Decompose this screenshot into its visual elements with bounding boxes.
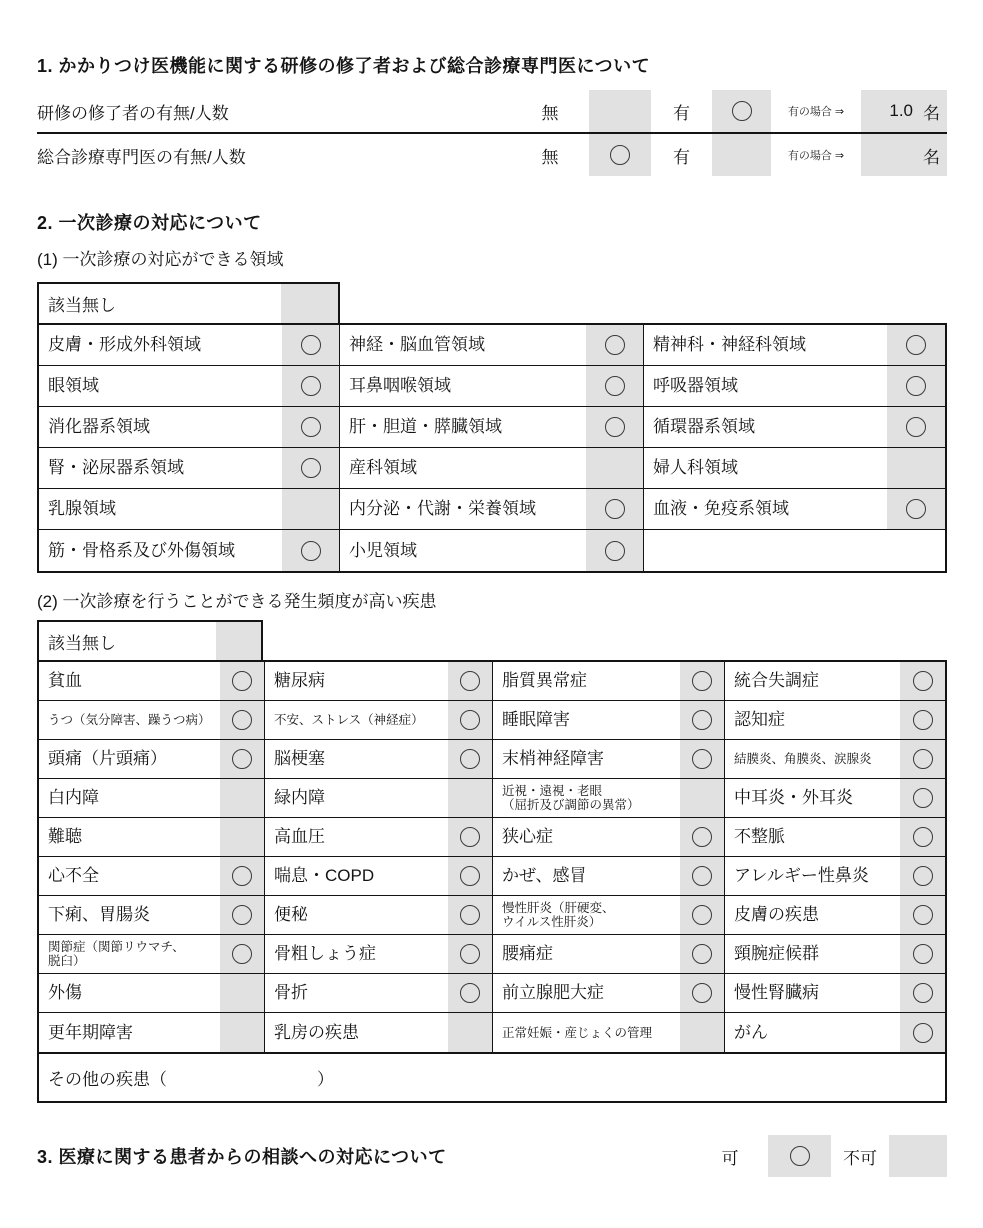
unit-label: 名 (923, 99, 940, 124)
circle-mark-icon (460, 905, 480, 925)
disease-label: 結膜炎、角膜炎、涙腺炎 (725, 740, 900, 779)
circle-mark-icon (906, 417, 926, 437)
disease-label: 貧血 (39, 662, 220, 701)
disease-label: 狭心症 (493, 818, 680, 857)
circle-mark-icon (460, 866, 480, 886)
circle-mark-icon (301, 541, 321, 561)
count-value: 1.0 (889, 101, 913, 121)
domain-mark-cell[interactable] (887, 448, 945, 489)
domain-label: 乳腺領域 (39, 489, 282, 530)
circle-mark-icon (692, 671, 712, 691)
domain-mark-cell[interactable] (586, 366, 644, 407)
domain-label: 婦人科領域 (644, 448, 887, 489)
disease-label: 白内障 (39, 779, 220, 818)
disease-label: 頸腕症候群 (725, 935, 900, 974)
circle-mark-icon (605, 541, 625, 561)
disease-mark-cell[interactable] (680, 1013, 725, 1052)
circle-mark-icon (913, 749, 933, 769)
other-disease-label: その他の疾患（ (48, 1065, 167, 1090)
consult-allowed-mark-cell[interactable] (768, 1135, 831, 1177)
domains-na-label: 該当無し (39, 284, 281, 323)
circle-mark-icon (732, 101, 752, 121)
disease-mark-cell[interactable] (220, 1013, 265, 1052)
disease-mark-cell[interactable] (680, 818, 725, 857)
domain-label: 血液・免疫系領域 (644, 489, 887, 530)
disease-mark-cell[interactable] (448, 896, 493, 935)
circle-mark-icon (906, 335, 926, 355)
disease-mark-cell[interactable] (220, 896, 265, 935)
circle-mark-icon (301, 417, 321, 437)
disease-label: 不安、ストレス（神経症） (265, 701, 448, 740)
domain-label: 循環器系領域 (644, 407, 887, 448)
circle-mark-icon (460, 749, 480, 769)
circle-mark-icon (692, 983, 712, 1003)
disease-label: 関節症（関節リウマチ、 脱臼） (39, 935, 220, 974)
disease-label: うつ（気分障害、躁うつ病） (39, 701, 220, 740)
disease-label: 頭痛（片頭痛） (39, 740, 220, 779)
disease-label: 近視・遠視・老眼 （屈折及び調節の異常） (493, 779, 680, 818)
section3-title: 3. 医療に関する患者からの相談への対応について (37, 1135, 710, 1177)
other-disease-close-paren: ） (317, 1065, 334, 1090)
domain-label: 筋・骨格系及び外傷領域 (39, 530, 282, 571)
circle-mark-icon (906, 499, 926, 519)
circle-mark-icon (692, 827, 712, 847)
count-cell[interactable]: 名 (861, 134, 947, 176)
disease-mark-cell[interactable] (900, 701, 945, 740)
circle-mark-icon (692, 905, 712, 925)
disease-label: 下痢、胃腸炎 (39, 896, 220, 935)
disease-mark-cell[interactable] (680, 779, 725, 818)
disease-mark-cell[interactable] (448, 818, 493, 857)
row-label: 総合診療専門医の有無/人数 (37, 134, 511, 176)
disease-mark-cell[interactable] (220, 779, 265, 818)
subsection2-title: (2) 一次診療を行うことができる発生頻度が高い疾患 (37, 587, 947, 612)
consult-not-allowed-label: 不可 (840, 1135, 880, 1177)
disease-mark-cell[interactable] (900, 818, 945, 857)
row-label: 研修の修了者の有無/人数 (37, 90, 511, 132)
circle-mark-icon (692, 710, 712, 730)
disease-mark-cell[interactable] (448, 740, 493, 779)
domain-mark-cell[interactable] (282, 530, 340, 571)
circle-mark-icon (913, 710, 933, 730)
circle-mark-icon (913, 866, 933, 886)
disease-mark-cell[interactable] (220, 935, 265, 974)
form-row: 総合診療専門医の有無/人数無有有の場合 ⇒名 (37, 134, 947, 176)
domain-label: 眼領域 (39, 366, 282, 407)
disease-mark-cell[interactable] (680, 662, 725, 701)
subsection1-title: (1) 一次診療の対応ができる領域 (37, 245, 947, 270)
disease-mark-cell[interactable] (900, 857, 945, 896)
disease-mark-cell[interactable] (448, 974, 493, 1013)
disease-mark-cell[interactable] (680, 896, 725, 935)
domain-mark-cell[interactable] (282, 407, 340, 448)
disease-mark-cell[interactable] (680, 974, 725, 1013)
disease-mark-cell[interactable] (448, 857, 493, 896)
disease-label: 慢性腎臓病 (725, 974, 900, 1013)
no-label: 無 (511, 134, 589, 176)
disease-label: 前立腺肥大症 (493, 974, 680, 1013)
disease-label: 外傷 (39, 974, 220, 1013)
disease-label: 骨粗しょう症 (265, 935, 448, 974)
circle-mark-icon (913, 788, 933, 808)
disease-label: 乳房の疾患 (265, 1013, 448, 1052)
disease-mark-cell[interactable] (900, 662, 945, 701)
disease-label: 骨折 (265, 974, 448, 1013)
disease-mark-cell[interactable] (448, 779, 493, 818)
disease-label: 喘息・COPD (265, 857, 448, 896)
domain-label: 呼吸器領域 (644, 366, 887, 407)
disease-label: 認知症 (725, 701, 900, 740)
circle-mark-icon (301, 335, 321, 355)
circle-mark-icon (913, 905, 933, 925)
no-mark-cell[interactable] (589, 90, 651, 132)
domain-mark-cell[interactable] (586, 448, 644, 489)
disease-mark-cell[interactable] (900, 896, 945, 935)
disease-label: 便秘 (265, 896, 448, 935)
section2-title: 2. 一次診療の対応について (37, 209, 947, 235)
yes-mark-cell[interactable] (712, 134, 771, 176)
disease-mark-cell[interactable] (900, 1013, 945, 1052)
domain-mark-cell[interactable] (887, 489, 945, 530)
circle-mark-icon (913, 983, 933, 1003)
disease-mark-cell[interactable] (448, 662, 493, 701)
circle-mark-icon (301, 458, 321, 478)
section1-title: 1. かかりつけ医機能に関する研修の修了者および総合診療専門医について (37, 52, 947, 78)
disease-mark-cell[interactable] (900, 740, 945, 779)
other-disease-input-area[interactable] (167, 1054, 317, 1101)
circle-mark-icon (232, 866, 252, 886)
disease-label: 皮膚の疾患 (725, 896, 900, 935)
disease-mark-cell[interactable] (448, 935, 493, 974)
domain-mark-cell[interactable] (586, 530, 644, 571)
circle-mark-icon (301, 376, 321, 396)
domain-label: 肝・胆道・膵臓領域 (340, 407, 586, 448)
domain-label: 小児領域 (340, 530, 586, 571)
circle-mark-icon (605, 499, 625, 519)
circle-mark-icon (460, 944, 480, 964)
consult-not-allowed-mark-cell[interactable] (889, 1135, 947, 1177)
disease-mark-cell[interactable] (220, 740, 265, 779)
disease-mark-cell[interactable] (448, 701, 493, 740)
empty-cell (644, 530, 945, 571)
consult-allowed-label: 可 (710, 1135, 750, 1177)
domains-na-row: 該当無し (37, 282, 340, 323)
circle-mark-icon (232, 905, 252, 925)
disease-mark-cell[interactable] (448, 1013, 493, 1052)
domain-label: 皮膚・形成外科領域 (39, 325, 282, 366)
domains-na-mark-cell[interactable] (281, 284, 338, 323)
domain-mark-cell[interactable] (282, 325, 340, 366)
circle-mark-icon (232, 944, 252, 964)
circle-mark-icon (906, 376, 926, 396)
domain-mark-cell[interactable] (586, 407, 644, 448)
domain-label: 腎・泌尿器系領域 (39, 448, 282, 489)
disease-mark-cell[interactable] (900, 935, 945, 974)
domain-mark-cell[interactable] (282, 489, 340, 530)
if-yes-label: 有の場合 ⇒ (771, 90, 861, 132)
domain-label: 消化器系領域 (39, 407, 282, 448)
circle-mark-icon (692, 749, 712, 769)
circle-mark-icon (460, 827, 480, 847)
disease-mark-cell[interactable] (680, 857, 725, 896)
diseases-na-mark-cell[interactable] (216, 622, 261, 660)
yes-label: 有 (651, 90, 712, 132)
yes-label: 有 (651, 134, 712, 176)
disease-label: 睡眠障害 (493, 701, 680, 740)
disease-mark-cell[interactable] (680, 740, 725, 779)
no-label: 無 (511, 90, 589, 132)
disease-label: アレルギー性鼻炎 (725, 857, 900, 896)
if-yes-label: 有の場合 ⇒ (771, 134, 861, 176)
domains-table: 皮膚・形成外科領域神経・脳血管領域精神科・神経科領域眼領域耳鼻咽喉領域呼吸器領域… (37, 323, 947, 573)
no-mark-cell[interactable] (589, 134, 651, 176)
form-page: 1. かかりつけ医機能に関する研修の修了者および総合診療専門医について 研修の修… (0, 0, 983, 1177)
disease-mark-cell[interactable] (900, 974, 945, 1013)
circle-mark-icon (692, 866, 712, 886)
disease-label: 高血圧 (265, 818, 448, 857)
domain-mark-cell[interactable] (887, 325, 945, 366)
circle-mark-icon (790, 1146, 810, 1166)
disease-label: 不整脈 (725, 818, 900, 857)
diseases-table: 貧血糖尿病脂質異常症統合失調症うつ（気分障害、躁うつ病）不安、ストレス（神経症）… (37, 660, 947, 1054)
section3-row: 3. 医療に関する患者からの相談への対応について 可 不可 (37, 1135, 947, 1177)
diseases-na-row: 該当無し (37, 620, 263, 660)
disease-mark-cell[interactable] (220, 701, 265, 740)
disease-label: 中耳炎・外耳炎 (725, 779, 900, 818)
domain-mark-cell[interactable] (887, 366, 945, 407)
circle-mark-icon (232, 710, 252, 730)
disease-label: 脳梗塞 (265, 740, 448, 779)
domain-mark-cell[interactable] (282, 366, 340, 407)
other-disease-row: その他の疾患（ ） (37, 1054, 947, 1103)
disease-label: 更年期障害 (39, 1013, 220, 1052)
circle-mark-icon (692, 944, 712, 964)
disease-label: 緑内障 (265, 779, 448, 818)
circle-mark-icon (232, 749, 252, 769)
circle-mark-icon (460, 710, 480, 730)
disease-label: 難聴 (39, 818, 220, 857)
disease-label: 慢性肝炎（肝硬変、 ウイルス性肝炎） (493, 896, 680, 935)
domain-mark-cell[interactable] (282, 448, 340, 489)
domain-mark-cell[interactable] (586, 325, 644, 366)
circle-mark-icon (913, 1023, 933, 1043)
disease-mark-cell[interactable] (220, 818, 265, 857)
domain-label: 耳鼻咽喉領域 (340, 366, 586, 407)
disease-mark-cell[interactable] (220, 857, 265, 896)
section1-table: 研修の修了者の有無/人数無有有の場合 ⇒1.0名総合診療専門医の有無/人数無有有… (37, 90, 947, 176)
disease-label: 腰痛症 (493, 935, 680, 974)
yes-mark-cell[interactable] (712, 90, 771, 132)
form-row: 研修の修了者の有無/人数無有有の場合 ⇒1.0名 (37, 90, 947, 134)
disease-label: がん (725, 1013, 900, 1052)
disease-label: 糖尿病 (265, 662, 448, 701)
disease-label: かぜ、感冒 (493, 857, 680, 896)
circle-mark-icon (610, 145, 630, 165)
unit-label: 名 (923, 143, 940, 168)
circle-mark-icon (913, 827, 933, 847)
circle-mark-icon (913, 944, 933, 964)
circle-mark-icon (605, 335, 625, 355)
disease-label: 心不全 (39, 857, 220, 896)
domain-label: 内分泌・代謝・栄養領域 (340, 489, 586, 530)
domain-label: 産科領域 (340, 448, 586, 489)
disease-label: 正常妊娠・産じょくの管理 (493, 1013, 680, 1052)
domain-mark-cell[interactable] (586, 489, 644, 530)
disease-mark-cell[interactable] (220, 662, 265, 701)
diseases-na-label: 該当無し (39, 622, 216, 660)
disease-label: 脂質異常症 (493, 662, 680, 701)
circle-mark-icon (605, 417, 625, 437)
disease-mark-cell[interactable] (220, 974, 265, 1013)
disease-mark-cell[interactable] (680, 935, 725, 974)
disease-mark-cell[interactable] (900, 779, 945, 818)
circle-mark-icon (232, 671, 252, 691)
circle-mark-icon (460, 671, 480, 691)
disease-mark-cell[interactable] (680, 701, 725, 740)
domain-mark-cell[interactable] (887, 407, 945, 448)
count-cell[interactable]: 1.0名 (861, 90, 947, 132)
domain-label: 神経・脳血管領域 (340, 325, 586, 366)
disease-label: 末梢神経障害 (493, 740, 680, 779)
circle-mark-icon (460, 983, 480, 1003)
circle-mark-icon (605, 376, 625, 396)
circle-mark-icon (913, 671, 933, 691)
disease-label: 統合失調症 (725, 662, 900, 701)
domain-label: 精神科・神経科領域 (644, 325, 887, 366)
